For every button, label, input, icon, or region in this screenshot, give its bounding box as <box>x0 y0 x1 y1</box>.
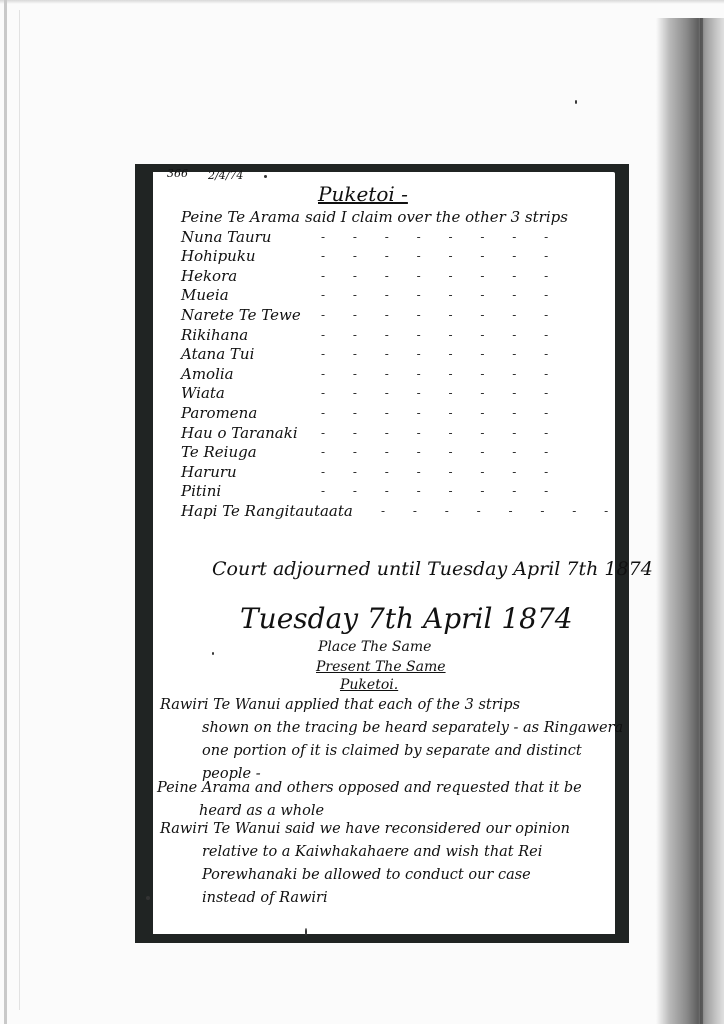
place-line: Place The Same <box>318 640 431 654</box>
ditto-marks: - - - - - - - - <box>321 288 593 302</box>
minute-line: Peine Arama and others opposed and reque… <box>157 777 582 800</box>
section-heading-puketoi-2: Puketoi. <box>340 678 398 692</box>
ditto-marks: - - - - - - - - <box>321 484 593 498</box>
claimant-name: Peine Te Arama <box>181 208 300 226</box>
scan-speck <box>212 652 214 655</box>
minute-line: Rawiri Te Wanui applied that each of the… <box>160 694 623 717</box>
claimant-name: Pitini <box>181 482 221 500</box>
ditto-marks: - - - - - - - - <box>321 230 593 244</box>
claimant-row: Haruru - - - - - - - - <box>181 463 353 483</box>
section-heading-puketoi: Puketoi - <box>318 184 408 204</box>
ditto-marks: - - - - - - - - <box>321 367 593 381</box>
scan-speck <box>146 896 150 900</box>
claimant-row: Atana Tui - - - - - - - - <box>181 345 353 365</box>
minute-line: one portion of it is claimed by separate… <box>160 740 623 763</box>
book-gutter-line <box>700 18 703 1024</box>
scan-edge-left <box>4 0 7 1024</box>
minute-line: shown on the tracing be heard separately… <box>160 717 623 740</box>
claimant-name: Mueia <box>181 286 229 304</box>
scan-edge-top <box>0 0 724 4</box>
ditto-marks: - - - - - - - - <box>381 504 596 518</box>
ditto-marks: - - - - - - - - <box>321 308 593 322</box>
claimant-row: Hohipuku - - - - - - - - <box>181 247 353 267</box>
ditto-marks: - - - - - - - - <box>321 347 593 361</box>
scan-speck <box>264 175 267 178</box>
ditto-marks: - - - - - - - - <box>321 328 593 342</box>
claimant-name: Hau o Taranaki <box>181 424 298 442</box>
claimant-row: Paromena - - - - - - - - <box>181 404 353 424</box>
minute-line: instead of Rawiri <box>160 887 570 910</box>
claimant-row: Narete Te Tewe - - - - - - - - <box>181 306 353 326</box>
claimant-row: Hau o Taranaki - - - - - - - - <box>181 424 353 444</box>
present-line: Present The Same <box>316 660 446 674</box>
minute-paragraph: Peine Arama and others opposed and reque… <box>157 777 582 823</box>
minute-line: Porewhanaki be allowed to conduct our ca… <box>160 864 570 887</box>
claimant-name: Hekora <box>181 267 237 285</box>
claimant-row: Amolia - - - - - - - - <box>181 365 353 385</box>
ditto-marks: - - - - - - - - <box>321 445 593 459</box>
sitting-date-heading: Tuesday 7th April 1874 <box>240 605 573 633</box>
claimant-row: Nuna Tauru - - - - - - - - <box>181 228 353 248</box>
scan-speck <box>305 928 307 936</box>
page-date-code: 2/4/74 <box>208 170 243 181</box>
ditto-marks: - - - - - - - - <box>321 406 593 420</box>
claimant-row: Hapi Te Rangitautaata - - - - - - - - <box>181 502 353 522</box>
claimant-row: Pitini - - - - - - - - <box>181 482 353 502</box>
ditto-marks: - - - - - - - - <box>321 249 593 263</box>
adjournment-note: Court adjourned until Tuesday April 7th … <box>212 560 653 579</box>
minute-paragraph: Rawiri Te Wanui said we have reconsidere… <box>160 818 570 910</box>
claimant-name: Amolia <box>181 365 234 383</box>
claimant-row: Mueia - - - - - - - - <box>181 286 353 306</box>
claimant-list: Peine Te Arama said I claim over the oth… <box>181 208 353 522</box>
claimant-name: Te Reiuga <box>181 443 257 461</box>
page-number: 366 <box>167 168 188 179</box>
claimant-name: Nuna Tauru <box>181 228 271 246</box>
claimant-name: Narete Te Tewe <box>181 306 301 324</box>
ditto-marks: - - - - - - - - <box>321 386 593 400</box>
claimant-name: Hohipuku <box>181 247 256 265</box>
scan-speck <box>575 100 577 104</box>
claimant-name: Rikihana <box>181 326 248 344</box>
claimant-name: Paromena <box>181 404 257 422</box>
claimant-row: Hekora - - - - - - - - <box>181 267 353 287</box>
claimant-name: Wiata <box>181 384 225 402</box>
claimant-name: Hapi Te Rangitautaata <box>181 502 353 520</box>
ditto-marks: - - - - - - - - <box>321 465 593 479</box>
book-binding-shadow <box>656 18 724 1024</box>
minute-paragraph: Rawiri Te Wanui applied that each of the… <box>160 694 623 786</box>
minute-line: relative to a Kaiwhakahaere and wish tha… <box>160 841 570 864</box>
claimant-name: Atana Tui <box>181 345 254 363</box>
claim-statement: said I claim over the other 3 strips <box>305 208 568 226</box>
claimant-name: Haruru <box>181 463 237 481</box>
claimant-row: Wiata - - - - - - - - <box>181 384 353 404</box>
claimant-row: Peine Te Arama said I claim over the oth… <box>181 208 353 228</box>
minute-line: Rawiri Te Wanui said we have reconsidere… <box>160 818 570 841</box>
ditto-marks: - - - - - - - - <box>321 426 593 440</box>
claimant-row: Te Reiuga - - - - - - - - <box>181 443 353 463</box>
scan-fold-line <box>19 10 20 1010</box>
claimant-row: Rikihana - - - - - - - - <box>181 326 353 346</box>
ditto-marks: - - - - - - - - <box>321 269 593 283</box>
